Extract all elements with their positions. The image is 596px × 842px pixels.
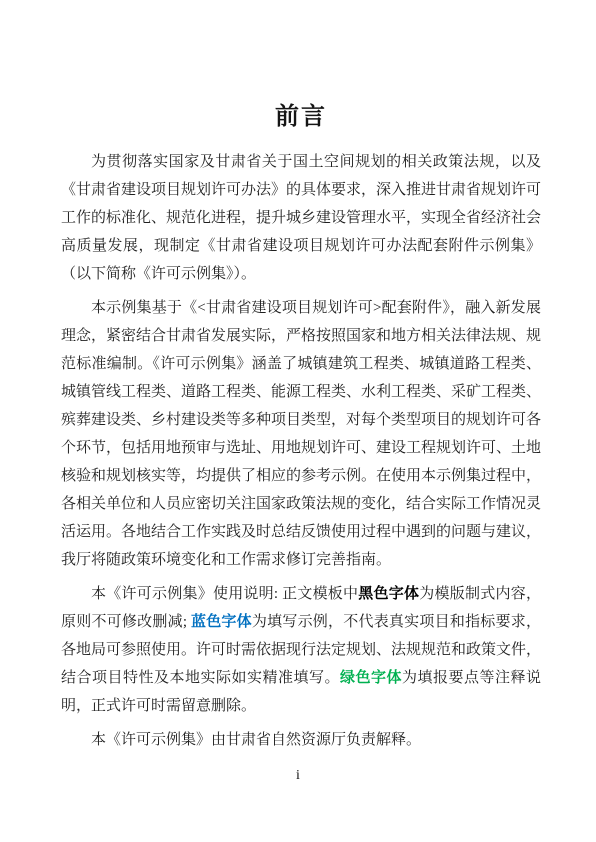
usage-note-text-1: 本《许可示例集》使用说明: 正文模板中	[91, 586, 358, 602]
green-font-term: 绿色字体	[340, 670, 402, 686]
interpretation-paragraph: 本《许可示例集》由甘肃省自然资源厅负责解释。	[61, 726, 541, 754]
black-font-term: 黑色字体	[358, 586, 419, 602]
page-title: 前言	[61, 96, 541, 131]
page-number: i	[0, 768, 596, 784]
usage-note-paragraph: 本《许可示例集》使用说明: 正文模板中黑色字体为模版制式内容，原则不可修改删减;…	[61, 580, 541, 720]
document-content: 前言 为贯彻落实国家及甘肃省关于国土空间规划的相关政策法规，以及《甘肃省建设项目…	[61, 96, 541, 760]
overview-paragraph: 本示例集基于《<甘肃省建设项目规划许可>配套附件》，融入新发展理念，紧密结合甘肃…	[61, 294, 541, 574]
blue-font-term: 蓝色字体	[191, 614, 252, 630]
intro-paragraph: 为贯彻落实国家及甘肃省关于国土空间规划的相关政策法规，以及《甘肃省建设项目规划许…	[61, 148, 541, 288]
document-page: 前言 为贯彻落实国家及甘肃省关于国土空间规划的相关政策法规，以及《甘肃省建设项目…	[0, 0, 596, 842]
